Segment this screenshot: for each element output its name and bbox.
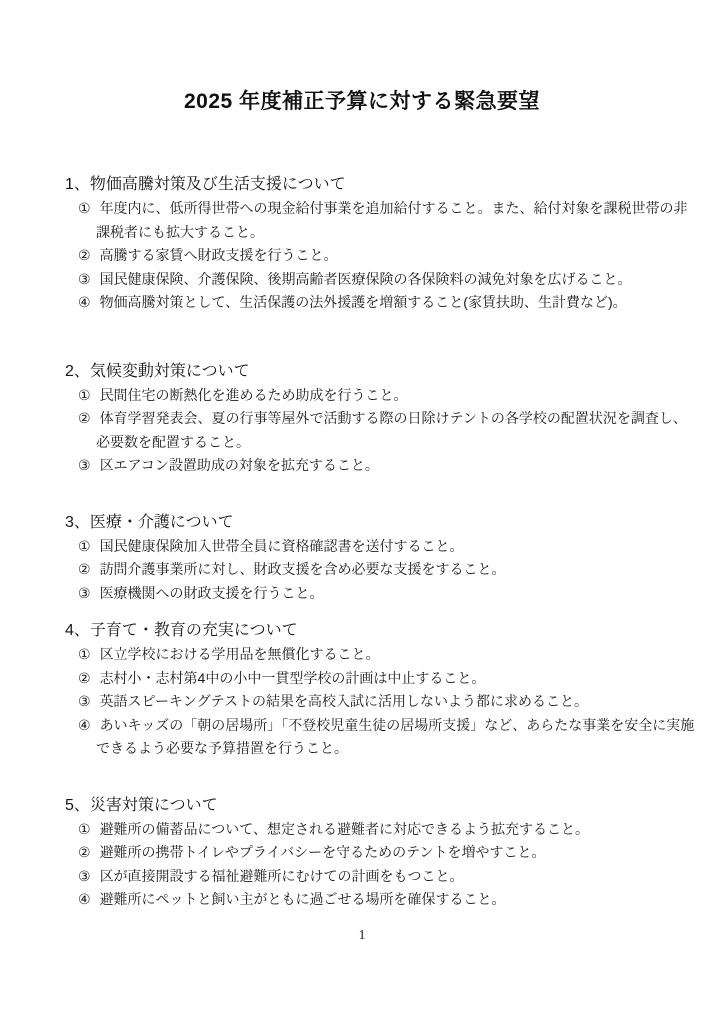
list-item: ①避難所の備蓄品について、想定される避難者に対応できるよう拡充すること。	[65, 818, 696, 842]
page-number: 1	[0, 928, 724, 944]
section-heading: 3、医療・介護について	[65, 510, 696, 535]
section-heading: 2、気候変動対策について	[65, 359, 696, 384]
section-heading: 4、子育て・教育の充実について	[65, 618, 696, 643]
list-item: ④物価高騰対策として、生活保護の法外援護を増額すること(家賃扶助、生計費など)。	[65, 291, 696, 315]
list-item: ③英語スピーキングテストの結果を高校入試に活用しないよう都に求めること。	[65, 690, 696, 714]
list-item: ④避難所にペットと飼い主がともに過ごせる場所を確保すること。	[65, 888, 696, 912]
item-list: ①年度内に、低所得世帯への現金給付事業を追加給付すること。また、給付対象を課税世…	[65, 197, 696, 315]
list-item: ①年度内に、低所得世帯への現金給付事業を追加給付すること。また、給付対象を課税世…	[65, 197, 696, 244]
list-item: ①区立学校における学用品を無償化すること。	[65, 643, 696, 667]
item-marker: ④	[78, 294, 91, 310]
item-text: 区エアコン設置助成の対象を拡充すること。	[100, 457, 379, 473]
item-text: 区立学校における学用品を無償化すること。	[100, 646, 380, 662]
item-marker: ②	[78, 844, 91, 860]
list-item: ②志村小・志村第4中の小中一貫型学校の計画は中止すること。	[65, 667, 696, 691]
item-text: 避難所にペットと飼い主がともに過ごせる場所を確保すること。	[100, 891, 506, 907]
item-marker: ①	[78, 821, 91, 837]
list-item: ③区が直接開設する福祉避難所にむけての計画をもつこと。	[65, 865, 696, 889]
section-price-inflation: 1、物価高騰対策及び生活支援について ①年度内に、低所得世帯への現金給付事業を追…	[65, 172, 696, 315]
item-marker: ③	[78, 585, 91, 601]
item-marker: ③	[78, 271, 91, 287]
item-text: 国民健康保険加入世帯全員に資格確認書を送付すること。	[100, 538, 464, 554]
section-medical-nursing: 3、医療・介護について ①国民健康保険加入世帯全員に資格確認書を送付すること。 …	[65, 510, 696, 606]
item-text: 英語スピーキングテストの結果を高校入試に活用しないよう都に求めること。	[100, 693, 588, 709]
item-marker: ④	[78, 891, 91, 907]
item-text: 訪問介護事業所に対し、財政支援を含め必要な支援をすること。	[100, 561, 506, 577]
item-marker: ③	[78, 457, 91, 473]
item-list: ①区立学校における学用品を無償化すること。 ②志村小・志村第4中の小中一貫型学校…	[65, 643, 696, 761]
item-marker: ②	[78, 670, 91, 686]
item-marker: ①	[78, 646, 91, 662]
list-item: ①国民健康保険加入世帯全員に資格確認書を送付すること。	[65, 535, 696, 559]
item-text: 区が直接開設する福祉避難所にむけての計画をもつこと。	[100, 868, 464, 884]
page-title: 2025 年度補正予算に対する緊急要望	[65, 86, 659, 118]
section-heading: 1、物価高騰対策及び生活支援について	[65, 172, 696, 197]
item-marker: ②	[78, 561, 91, 577]
item-text: 年度内に、低所得世帯への現金給付事業を追加給付すること。また、給付対象を課税世帯…	[96, 200, 688, 240]
section-disaster-measures: 5、災害対策について ①避難所の備蓄品について、想定される避難者に対応できるよう…	[65, 793, 696, 912]
list-item: ②体育学習発表会、夏の行事等屋外で活動する際の日除けテントの各学校の配置状況を調…	[65, 407, 696, 454]
item-marker: ①	[78, 387, 91, 403]
item-text: 避難所の携帯トイレやプライバシーを守るためのテントを増やすこと。	[100, 844, 546, 860]
list-item: ②訪問介護事業所に対し、財政支援を含め必要な支援をすること。	[65, 558, 696, 582]
item-text: 体育学習発表会、夏の行事等屋外で活動する際の日除けテントの各学校の配置状況を調査…	[96, 410, 687, 450]
section-childcare-education: 4、子育て・教育の充実について ①区立学校における学用品を無償化すること。 ②志…	[65, 618, 696, 761]
list-item: ③国民健康保険、介護保険、後期高齢者医療保険の各保険料の減免対象を広げること。	[65, 268, 696, 292]
list-item: ①民間住宅の断熱化を進めるため助成を行うこと。	[65, 384, 696, 408]
item-marker: ①	[78, 538, 91, 554]
list-item: ②避難所の携帯トイレやプライバシーを守るためのテントを増やすこと。	[65, 841, 696, 865]
item-marker: ①	[78, 200, 91, 216]
item-text: あいキッズの「朝の居場所」「不登校児童生徒の居場所支援」など、あらたな事業を安全…	[96, 717, 694, 757]
section-heading: 5、災害対策について	[65, 793, 696, 818]
item-marker: ④	[78, 717, 91, 733]
list-item: ③区エアコン設置助成の対象を拡充すること。	[65, 454, 696, 478]
item-list: ①国民健康保険加入世帯全員に資格確認書を送付すること。 ②訪問介護事業所に対し、…	[65, 535, 696, 606]
item-list: ①民間住宅の断熱化を進めるため助成を行うこと。 ②体育学習発表会、夏の行事等屋外…	[65, 384, 696, 478]
document-page: 2025 年度補正予算に対する緊急要望 1、物価高騰対策及び生活支援について ①…	[0, 0, 724, 1024]
item-marker: ③	[78, 868, 91, 884]
section-climate-change: 2、気候変動対策について ①民間住宅の断熱化を進めるため助成を行うこと。 ②体育…	[65, 359, 696, 478]
item-text: 志村小・志村第4中の小中一貫型学校の計画は中止すること。	[100, 670, 486, 686]
item-marker: ②	[78, 247, 91, 263]
item-text: 高騰する家賃へ財政支援を行うこと。	[100, 247, 338, 263]
item-text: 避難所の備蓄品について、想定される避難者に対応できるよう拡充すること。	[100, 821, 589, 837]
item-marker: ②	[78, 410, 91, 426]
list-item: ④あいキッズの「朝の居場所」「不登校児童生徒の居場所支援」など、あらたな事業を安…	[65, 714, 696, 761]
item-text: 民間住宅の断熱化を進めるため助成を行うこと。	[100, 387, 408, 403]
item-text: 国民健康保険、介護保険、後期高齢者医療保険の各保険料の減免対象を広げること。	[100, 271, 632, 287]
list-item: ③医療機関への財政支援を行うこと。	[65, 582, 696, 606]
item-marker: ③	[78, 693, 91, 709]
item-text: 医療機関への財政支援を行うこと。	[100, 585, 324, 601]
item-list: ①避難所の備蓄品について、想定される避難者に対応できるよう拡充すること。 ②避難…	[65, 818, 696, 912]
list-item: ②高騰する家賃へ財政支援を行うこと。	[65, 244, 696, 268]
item-text: 物価高騰対策として、生活保護の法外援護を増額すること(家賃扶助、生計費など)。	[100, 294, 627, 310]
